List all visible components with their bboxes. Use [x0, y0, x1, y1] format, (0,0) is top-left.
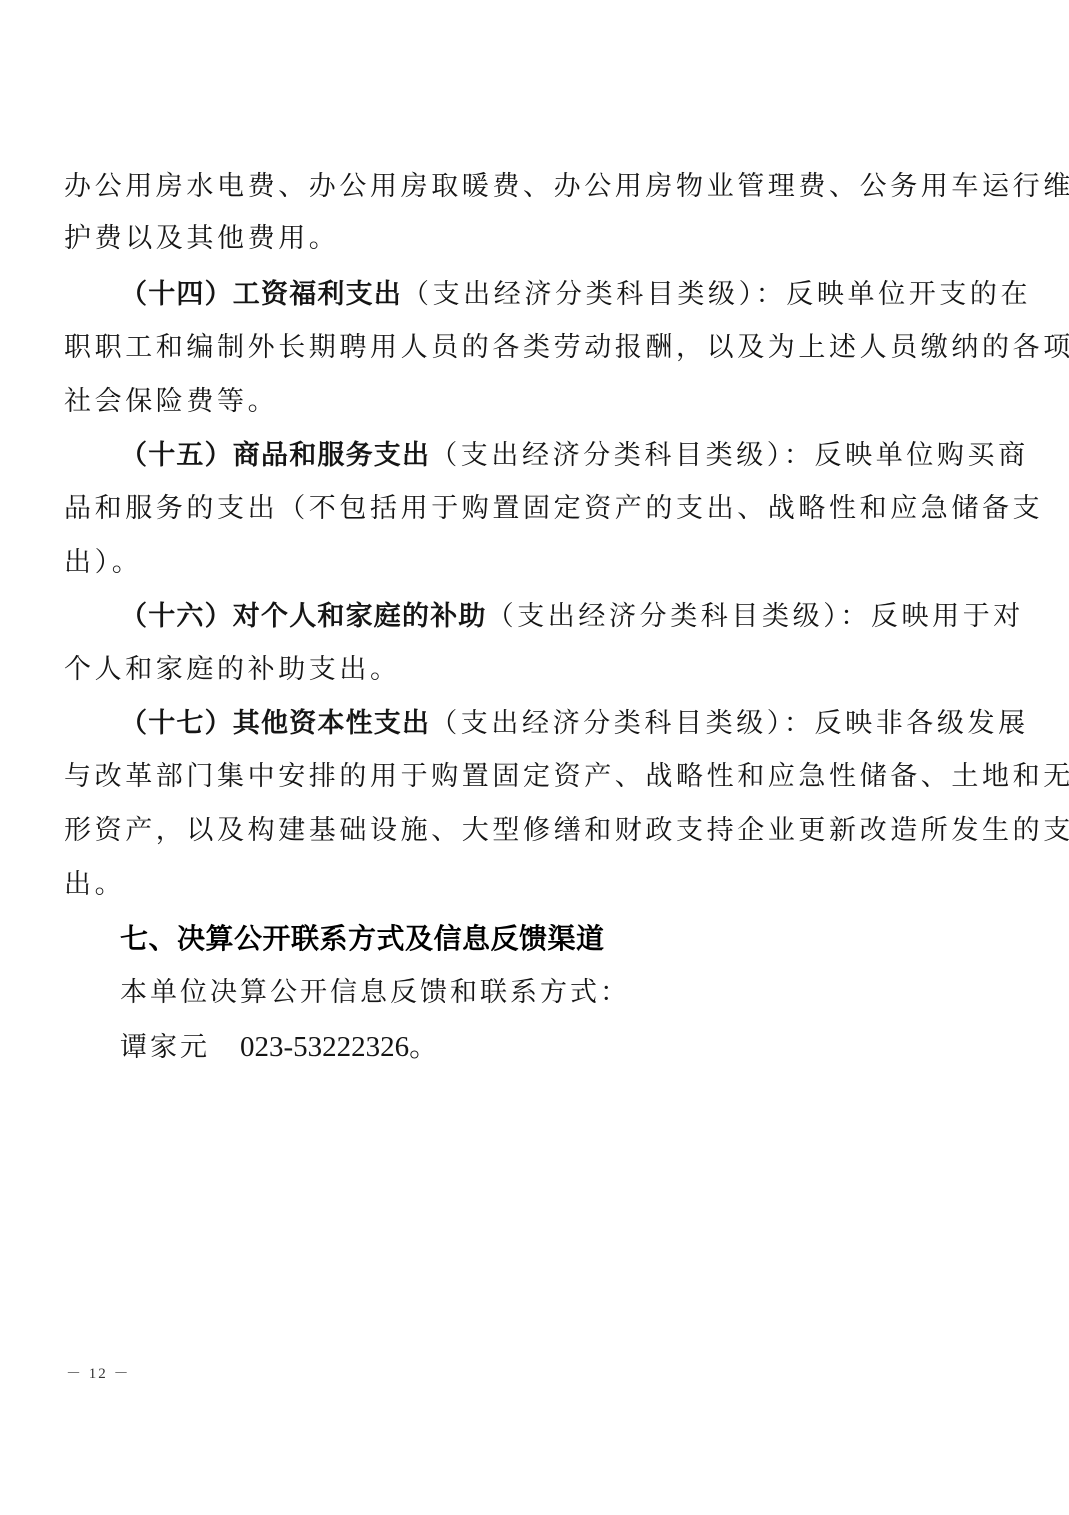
paragraph-line: 出）。 [64, 546, 1009, 580]
paragraph-first-line: （十五）商品和服务支出（支出经济分类科目类级）：反映单位购买商 [120, 439, 1009, 473]
item-text: （支出经济分类科目类级）：反映单位购买商 [430, 440, 1029, 471]
item-heading: （十六）对个人和家庭的补助 [120, 601, 487, 632]
paragraph-line: 社会保险费等。 [64, 385, 1009, 419]
page-number: － 12 － [66, 1362, 131, 1383]
item-heading: （十七）其他资本性支出 [120, 708, 430, 739]
item-text: （支出经济分类科目类级）：反映非各级发展 [430, 708, 1029, 739]
item-text: （支出经济分类科目类级）：反映用于对 [487, 601, 1024, 632]
paragraph-line: 职职工和编制外长期聘用人员的各类劳动报酬，以及为上述人员缴纳的各项 [64, 331, 1009, 365]
document-page: 办公用房水电费、办公用房取暖费、办公用房物业管理费、公务用车运行维 护费以及其他… [0, 0, 1069, 1515]
paragraph-first-line: （十六）对个人和家庭的补助（支出经济分类科目类级）：反映用于对 [120, 600, 1009, 634]
contact-info: 谭家元023-53222326。 [120, 1030, 438, 1065]
paragraph-line: 与改革部门集中安排的用于购置固定资产、战略性和应急性储备、土地和无 [64, 760, 1009, 794]
item-text: （支出经济分类科目类级）：反映单位开支的在 [402, 279, 1031, 310]
paragraph-line: 形资产，以及构建基础设施、大型修缮和财政支持企业更新改造所发生的支 [64, 814, 1009, 848]
paragraph-line: 品和服务的支出（不包括用于购置固定资产的支出、战略性和应急储备支 [64, 492, 1009, 526]
section-title: 七、决算公开联系方式及信息反馈渠道 [120, 921, 605, 957]
contact-intro: 本单位决算公开信息反馈和联系方式： [120, 976, 630, 1010]
paragraph-line: 出。 [64, 868, 1009, 902]
paragraph-first-line: （十四）工资福利支出（支出经济分类科目类级）：反映单位开支的在 [120, 278, 1009, 312]
paragraph-line: 护费以及其他费用。 [64, 222, 1009, 256]
paragraph-line: 个人和家庭的补助支出。 [64, 653, 1009, 687]
paragraph-line: 办公用房水电费、办公用房取暖费、办公用房物业管理费、公务用车运行维 [64, 170, 1009, 204]
contact-name: 谭家元 [120, 1032, 210, 1063]
paragraph-first-line: （十七）其他资本性支出（支出经济分类科目类级）：反映非各级发展 [120, 707, 1009, 741]
item-heading: （十五）商品和服务支出 [120, 440, 430, 471]
contact-phone: 023-53222326。 [240, 1031, 438, 1063]
item-heading: （十四）工资福利支出 [120, 279, 402, 310]
